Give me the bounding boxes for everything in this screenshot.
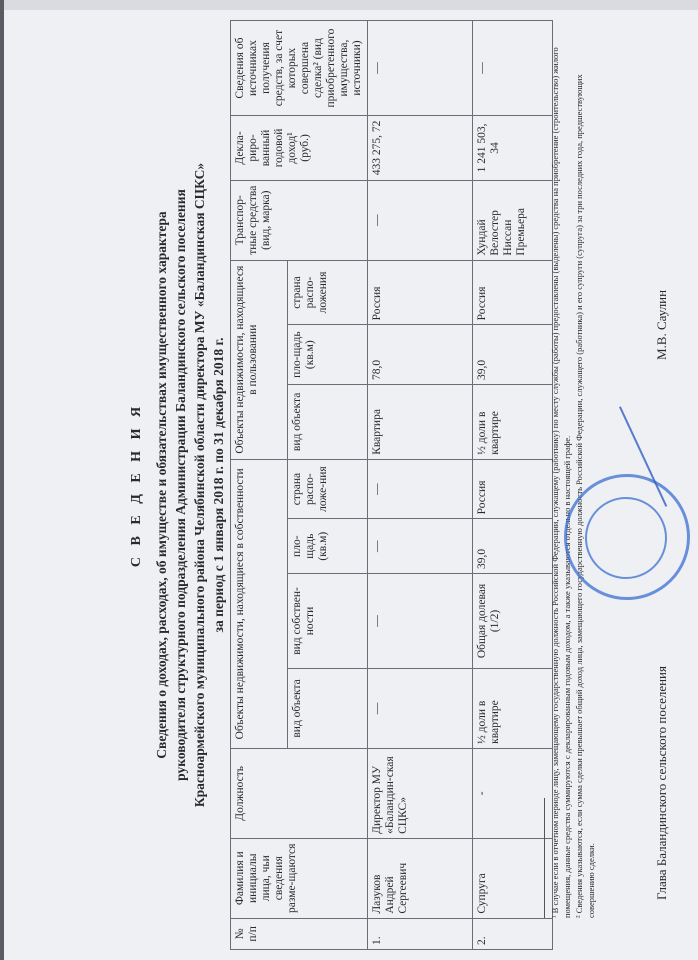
rotated-sheet: С В Е Д Е Н И Я Сведения о доходах, расх… bbox=[4, 10, 698, 960]
cell-owned-type: — bbox=[368, 669, 473, 749]
cell-owned-country: — bbox=[368, 459, 473, 519]
subtitle-line: Сведения о доходах, расходах, об имущест… bbox=[152, 10, 171, 960]
cell-owned-country: Россия bbox=[473, 459, 553, 519]
cell-num: 2. bbox=[473, 918, 553, 949]
header-used-group: Объекты недвижимости, находящиеся в поль… bbox=[231, 260, 288, 459]
document-subtitle: Сведения о доходах, расходах, об имущест… bbox=[152, 10, 228, 960]
header-owned-group: Объекты недвижимости, находящиеся в собс… bbox=[231, 459, 288, 748]
header-income: Декла-риро-ванный годовой доход¹ (руб.) bbox=[231, 116, 368, 181]
subtitle-line: руководителя структурного подразделения … bbox=[171, 10, 190, 960]
header-position: Должность bbox=[231, 748, 368, 838]
cell-name: Супруга bbox=[473, 838, 553, 918]
cell-owned-area: — bbox=[368, 519, 473, 574]
header-owned-type: вид объекта bbox=[288, 669, 368, 749]
cell-used-area: 39,0 bbox=[473, 325, 553, 385]
subtitle-line: Красноармейского муниципального района Ч… bbox=[190, 10, 209, 960]
footnotes: ¹ В случае если в отчетном периоде лицу,… bbox=[549, 38, 597, 918]
cell-used-type: Квартира bbox=[368, 384, 473, 459]
scanned-page: С В Е Д Е Н И Я Сведения о доходах, расх… bbox=[4, 10, 698, 960]
header-owned-country: страна распо-ложе-ния bbox=[288, 459, 368, 519]
header-name: Фамилия и инициалы лица, чьи сведения ра… bbox=[231, 838, 368, 918]
cell-used-type: ½ доли в квартире bbox=[473, 384, 553, 459]
subtitle-line: за период с 1 января 2018 г. по 31 декаб… bbox=[209, 10, 228, 960]
cell-name: Лазуков Андрей Сергеевич bbox=[368, 838, 473, 918]
cell-sources: — bbox=[473, 21, 553, 116]
header-used-type: вид объекта bbox=[288, 384, 368, 459]
table-row: 1. Лазуков Андрей Сергеевич Директор МУ … bbox=[368, 21, 473, 950]
header-used-area: пло-щадь (кв.м) bbox=[288, 325, 368, 385]
cell-position: - bbox=[473, 748, 553, 838]
header-used-country: страна распо-ложения bbox=[288, 260, 368, 325]
cell-used-country: Россия bbox=[368, 260, 473, 325]
cell-vehicles: Хундай Велостер Ниссан Премьера bbox=[473, 180, 553, 260]
header-owned-ownership: вид собствен-ности bbox=[288, 573, 368, 668]
cell-owned-ownership: Общая долевая (1/2) bbox=[473, 573, 553, 668]
cell-vehicles: — bbox=[368, 180, 473, 260]
cell-owned-type: ½ доли в квартире bbox=[473, 669, 553, 749]
header-num: № п/п bbox=[231, 918, 368, 949]
footnote-1: ¹ В случае если в отчетном периоде лицу,… bbox=[549, 38, 573, 918]
document-heading: С В Е Д Е Н И Я bbox=[129, 10, 145, 960]
cell-income: 1 241 503, 34 bbox=[473, 116, 553, 181]
cell-sources: — bbox=[368, 21, 473, 116]
table-row: 2. Супруга - ½ доли в квартире Общая дол… bbox=[473, 21, 553, 950]
signatory-title: Глава Баландинского сельского поселения bbox=[654, 666, 670, 900]
cell-owned-area: 39,0 bbox=[473, 519, 553, 574]
cell-num: 1. bbox=[368, 918, 473, 949]
cell-used-area: 78,0 bbox=[368, 325, 473, 385]
cell-income: 433 275, 72 bbox=[368, 116, 473, 181]
footnote-2: ² Сведения указываются, если сумма сделк… bbox=[573, 38, 597, 918]
cell-used-country: Россия bbox=[473, 260, 553, 325]
sheet-content: С В Е Д Е Н И Я Сведения о доходах, расх… bbox=[4, 10, 698, 960]
signatory-name: М.В. Саулин bbox=[654, 290, 670, 360]
cell-position: Директор МУ «Баландин-ская СЦКС» bbox=[368, 748, 473, 838]
cell-owned-ownership: — bbox=[368, 573, 473, 668]
header-owned-area: пло-щадь (кв.м) bbox=[288, 519, 368, 574]
footnote-divider bbox=[544, 798, 545, 918]
header-vehicles: Транспор-тные средства (вид, марка) bbox=[231, 180, 368, 260]
header-sources: Сведения об источниках получения средств… bbox=[231, 21, 368, 116]
declaration-table: № п/п Фамилия и инициалы лица, чьи сведе… bbox=[230, 20, 553, 950]
